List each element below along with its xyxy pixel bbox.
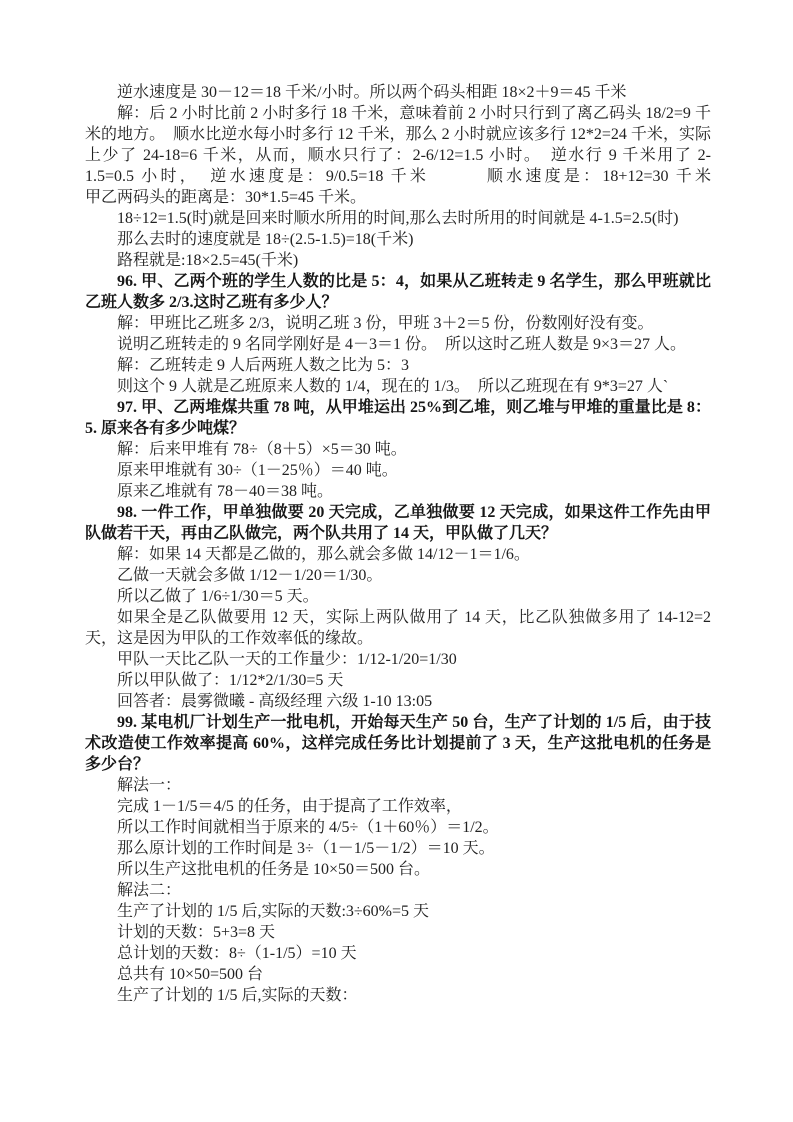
- answerer-line: 回答者：晨雾微曦 - 高级经理 六级 1-10 13:05: [85, 691, 711, 712]
- solution-paragraph-boat: 解：后 2 小时比前 2 小时多行 18 千米，意味着前 2 小时只行到了离乙码…: [85, 103, 711, 208]
- document-page: 逆水速度是 30－12＝18 千米/小时。所以两个码头相距 18×2＋9＝45 …: [0, 0, 793, 1122]
- problem-97-statement: 97. 甲、乙两堆煤共重 78 吨，从甲堆运出 25%到乙堆，则乙堆与甲堆的重量…: [85, 397, 711, 439]
- solution-99-m2-line-5: 生产了计划的 1/5 后,实际的天数：: [85, 985, 711, 1006]
- solution-98-line-3: 所以乙做了 1/6÷1/30＝5 天。: [85, 586, 711, 607]
- problem-98-statement: 98. 一件工作，甲单独做要 20 天完成，乙单独做要 12 天完成，如果这件工…: [85, 502, 711, 544]
- solution-97-line-1: 解：后来甲堆有 78÷（8＋5）×5＝30 吨。: [85, 439, 711, 460]
- solution-96-line-2: 说明乙班转走的 9 名同学刚好是 4－3＝1 份。 所以这时乙班人数是 9×3＝…: [85, 334, 711, 355]
- solution-98-line-5: 甲队一天比乙队一天的工作量少：1/12-1/20=1/30: [85, 649, 711, 670]
- solution-99-m2-line-4: 总共有 10×50=500 台: [85, 964, 711, 985]
- solution-99-m2-line-2: 计划的天数：5+3=8 天: [85, 922, 711, 943]
- solution-99-m1-line-4: 所以生产这批电机的任务是 10×50＝500 台。: [85, 859, 711, 880]
- solution-line-distance: 路程就是:18×2.5=45(千米): [85, 250, 711, 271]
- solution-97-line-2: 原来甲堆就有 30÷（1－25％）＝40 吨。: [85, 460, 711, 481]
- solution-99-m2-line-1: 生产了计划的 1/5 后,实际的天数:3÷60%=5 天: [85, 901, 711, 922]
- solution-99-m1-line-2: 所以工作时间就相当于原来的 4/5÷（1＋60％）＝1/2。: [85, 817, 711, 838]
- solution-99-method-1-label: 解法一：: [85, 775, 711, 796]
- solution-99-m2-line-3: 总计划的天数：8÷（1-1/5）=10 天: [85, 943, 711, 964]
- solution-line-return-time: 18÷12=1.5(时)就是回来时顺水所用的时间,那么去时所用的时间就是 4-1…: [85, 208, 711, 229]
- document-body: 逆水速度是 30－12＝18 千米/小时。所以两个码头相距 18×2＋9＝45 …: [85, 82, 711, 1006]
- solution-line-upstream-speed: 逆水速度是 30－12＝18 千米/小时。所以两个码头相距 18×2＋9＝45 …: [85, 82, 711, 103]
- solution-98-line-4: 如果全是乙队做要用 12 天，实际上两队做用了 14 天，比乙队独做多用了 14…: [85, 607, 711, 649]
- solution-99-m1-line-3: 那么原计划的工作时间是 3÷（1－1/5－1/2）＝10 天。: [85, 838, 711, 859]
- problem-96-statement: 96. 甲、乙两个班的学生人数的比是 5：4，如果从乙班转走 9 名学生，那么甲…: [85, 271, 711, 313]
- solution-98-line-2: 乙做一天就会多做 1/12－1/20＝1/30。: [85, 565, 711, 586]
- solution-99-method-2-label: 解法二：: [85, 880, 711, 901]
- solution-97-line-3: 原来乙堆就有 78－40＝38 吨。: [85, 481, 711, 502]
- solution-98-line-1: 解：如果 14 天都是乙做的，那么就会多做 14/12－1＝1/6。: [85, 544, 711, 565]
- solution-96-line-1: 解：甲班比乙班多 2/3，说明乙班 3 份，甲班 3＋2＝5 份，份数刚好没有变…: [85, 313, 711, 334]
- solution-96-alt-line-2: 则这个 9 人就是乙班原来人数的 1/4，现在的 1/3。 所以乙班现在有 9*…: [85, 376, 711, 397]
- problem-99-statement: 99. 某电机厂计划生产一批电机，开始每天生产 50 台，生产了计划的 1/5 …: [85, 712, 711, 775]
- solution-99-m1-line-1: 完成 1－1/5＝4/5 的任务，由于提高了工作效率，: [85, 796, 711, 817]
- solution-98-line-6: 所以甲队做了：1/12*2/1/30=5 天: [85, 670, 711, 691]
- solution-line-go-speed: 那么去时的速度就是 18÷(2.5-1.5)=18(千米): [85, 229, 711, 250]
- solution-96-alt-line-1: 解：乙班转走 9 人后两班人数之比为 5：3: [85, 355, 711, 376]
